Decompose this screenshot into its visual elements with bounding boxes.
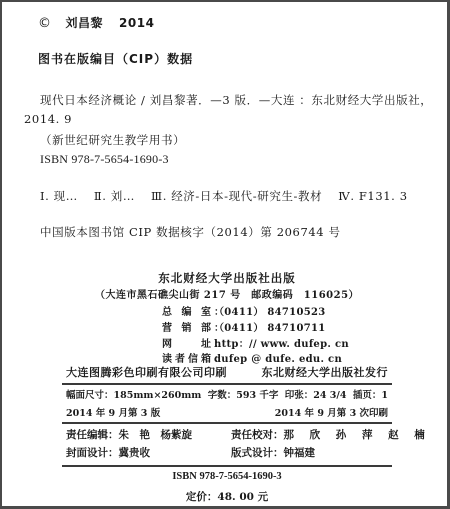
- divider: [62, 422, 392, 424]
- classification-item: Ⅰ. 现…: [40, 189, 78, 203]
- contact-value: http：// www. dufep. cn: [214, 339, 349, 350]
- contact-label: 总 编 室：: [162, 303, 214, 318]
- cip-entry-line: 现代日本经济概论 / 刘昌黎著．—3 版．—大连 ：东北财经大学出版社，: [40, 92, 432, 108]
- copyright-page: ©刘昌黎2014 图书在版编目（CIP）数据 现代日本经济概论 / 刘昌黎著．—…: [0, 0, 450, 509]
- divider: [62, 383, 392, 385]
- contact-label: 网 址：: [162, 335, 214, 350]
- responsible-editor: 责任编辑：朱 艳 杨紫旋: [66, 427, 231, 442]
- footer-isbn: ISBN 978-7-5654-1690-3: [2, 471, 450, 482]
- contact-value: （0411） 84710523: [214, 307, 325, 318]
- printer-name: 大连图腾彩色印刷有限公司印刷: [66, 364, 227, 380]
- staff-row: 封面设计：冀贵收版式设计：钟福建: [66, 445, 388, 460]
- contact-value: （0411） 84710711: [214, 323, 325, 334]
- spec-plates: 插页：1: [353, 387, 388, 401]
- classification-item: Ⅲ. 经济-日本-现代-研究生-教材: [151, 189, 322, 203]
- printer-row: 大连图腾彩色印刷有限公司印刷 东北财经大学出版社发行: [66, 364, 388, 380]
- distributor-name: 东北财经大学出版社发行: [262, 364, 389, 380]
- spec-words: 字数：593 千字: [208, 387, 279, 401]
- classification-item: Ⅳ. F131. 3: [338, 189, 407, 203]
- staff-row: 责任编辑：朱 艳 杨紫旋责任校对：那 欣 孙 萍 赵 楠: [66, 427, 388, 442]
- contact-website: 网 址：http：// www. dufep. cn: [162, 335, 349, 350]
- contact-email: 读者信箱：dufep @ dufe. edu. cn: [162, 350, 342, 365]
- contact-label: 读者信箱：: [162, 350, 214, 365]
- copyright-year: 2014: [119, 16, 154, 30]
- cip-series: （新世纪研究生教学用书）: [40, 132, 185, 148]
- classification-item: Ⅱ. 刘…: [94, 189, 135, 203]
- layout-designer: 版式设计：钟福建: [231, 445, 315, 460]
- cip-isbn: ISBN 978-7-5654-1690-3: [40, 152, 169, 167]
- edition: 2014 年 9 月第 3 版: [66, 405, 160, 419]
- cip-title: 图书在版编目（CIP）数据: [38, 50, 193, 67]
- price: 定价：48. 00 元: [2, 489, 450, 504]
- spec-sheets: 印张：24 3/4: [285, 387, 347, 401]
- contact-editorial-office: 总 编 室：（0411） 84710523: [162, 303, 325, 318]
- contact-label: 营 销 部：: [162, 319, 214, 334]
- spec-format: 幅面尺寸：185mm×260mm: [66, 387, 201, 401]
- edition-row: 2014 年 9 月第 3 版 2014 年 9 月第 3 次印刷: [66, 405, 388, 419]
- cip-classification: Ⅰ. 现…Ⅱ. 刘…Ⅲ. 经济-日本-现代-研究生-教材Ⅳ. F131. 3: [40, 188, 424, 204]
- responsible-proofreader: 责任校对：那 欣 孙 萍 赵 楠: [231, 427, 431, 442]
- copyright-holder: 刘昌黎: [66, 16, 104, 30]
- contact-marketing: 营 销 部：（0411） 84710711: [162, 319, 325, 334]
- impression: 2014 年 9 月第 3 次印刷: [275, 405, 388, 419]
- divider: [62, 465, 392, 467]
- cover-designer: 封面设计：冀贵收: [66, 445, 231, 460]
- spec-row: 幅面尺寸：185mm×260mm 字数：593 千字 印张：24 3/4 插页：…: [66, 387, 388, 401]
- cip-entry-date: 2014. 9: [24, 112, 72, 126]
- publisher-name: 东北财经大学出版社出版: [2, 270, 450, 286]
- copyright-icon: ©: [38, 16, 52, 31]
- cip-record-number: 中国版本图书馆 CIP 数据核字（2014）第 206744 号: [40, 224, 341, 240]
- copyright-line: ©刘昌黎2014: [38, 14, 154, 31]
- publisher-address: （大连市黑石礁尖山街 217 号 邮政编码 116025）: [2, 286, 450, 301]
